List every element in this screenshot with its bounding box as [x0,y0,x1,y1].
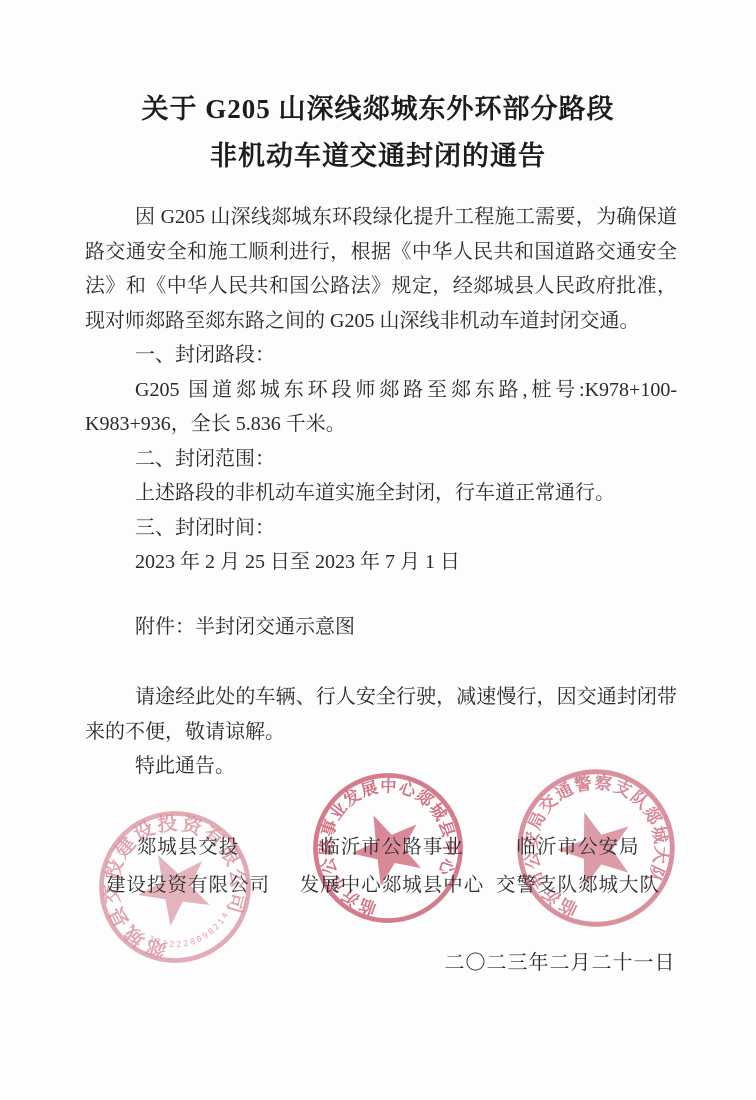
attachment-line: 附件：半封闭交通示意图 [85,610,677,645]
notice-date: 二〇二三年二月二十一日 [440,946,680,975]
intro-paragraph: 因 G205 山深线郯城东环段绿化提升工程施工需要，为确保道路交通安全和施工顺利… [85,200,677,338]
org-name-line: 临沂市公安局 [418,838,738,858]
section3-heading: 三、封闭时间： [85,511,677,546]
org-name-line: 交警支队郯城大队 [418,876,738,896]
section2-heading: 二、封闭范围： [85,442,677,477]
section1-body: G205 国道郯城东环段师郯路至郯东路,桩号:K978+100-K983+936… [85,373,677,442]
section2-body: 上述路段的非机动车道实施全封闭，行车道正常通行。 [85,476,677,511]
signature-org-3: 临沂市公安局 交警支队郯城大队 [418,838,738,896]
notice-title: 关于 G205 山深线郯城东外环部分路段 非机动车道交通封闭的通告 [0,86,756,180]
section3-body: 2023 年 2 月 25 日至 2023 年 7 月 1 日 [85,545,677,580]
notice-title-line2: 非机动车道交通封闭的通告 [0,133,756,180]
section1-heading: 一、封闭路段： [85,338,677,373]
notice-title-line1: 关于 G205 山深线郯城东外环部分路段 [0,86,756,133]
scanned-notice-page: 关于 G205 山深线郯城东外环部分路段 非机动车道交通封闭的通告 因 G205… [0,0,756,1100]
courtesy-paragraph: 请途经此处的车辆、行人安全行驶，减速慢行，因交通封闭带来的不便，敬请谅解。 [85,680,677,749]
notice-body: 因 G205 山深线郯城东环段绿化提升工程施工需要，为确保道路交通安全和施工顺利… [85,200,677,784]
